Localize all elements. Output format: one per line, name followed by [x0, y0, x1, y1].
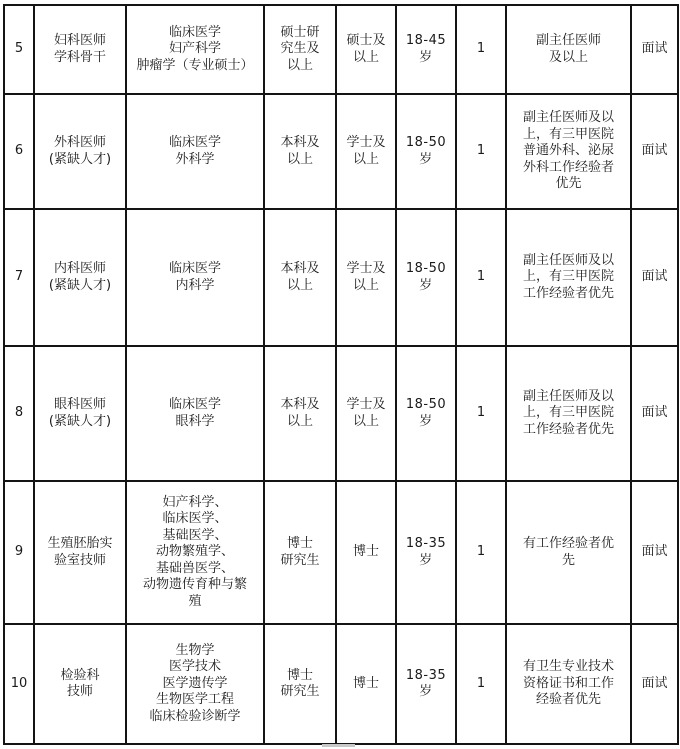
table-row: 8 眼科医师 (紧缺人才) 临床医学 眼科学 本科及 以上 学士及 以上 18-… — [4, 346, 678, 481]
cell-position: 眼科医师 (紧缺人才) — [34, 346, 126, 481]
cell-position: 生殖胚胎实 验室技师 — [34, 481, 126, 624]
cell-degree: 硕士及 以上 — [336, 5, 396, 94]
cell-exam-method: 面试 — [631, 94, 678, 209]
cell-education: 博士 研究生 — [264, 624, 336, 744]
cell-row-number: 6 — [4, 94, 34, 209]
cell-education: 博士 研究生 — [264, 481, 336, 624]
cell-degree: 博士 — [336, 624, 396, 744]
table-row: 7 内科医师 (紧缺人才) 临床医学 内科学 本科及 以上 学士及 以上 18-… — [4, 209, 678, 346]
cell-major: 生物学 医学技术 医学遗传学 生物医学工程 临床检验诊断学 — [126, 624, 264, 744]
cell-education: 本科及 以上 — [264, 209, 336, 346]
cell-row-number: 5 — [4, 5, 34, 94]
cell-position: 外科医师 (紧缺人才) — [34, 94, 126, 209]
table-row: 10 检验科 技师 生物学 医学技术 医学遗传学 生物医学工程 临床检验诊断学 … — [4, 624, 678, 744]
cell-row-number: 8 — [4, 346, 34, 481]
cell-education: 本科及 以上 — [264, 94, 336, 209]
cell-education: 本科及 以上 — [264, 346, 336, 481]
cell-exam-method: 面试 — [631, 209, 678, 346]
cell-headcount: 1 — [456, 209, 506, 346]
cell-position: 检验科 技师 — [34, 624, 126, 744]
cell-headcount: 1 — [456, 624, 506, 744]
cell-major: 临床医学 外科学 — [126, 94, 264, 209]
cell-requirement: 有卫生专业技术 资格证书和工作 经验者优先 — [506, 624, 631, 744]
cell-headcount: 1 — [456, 481, 506, 624]
cell-exam-method: 面试 — [631, 624, 678, 744]
cell-position: 内科医师 (紧缺人才) — [34, 209, 126, 346]
cell-requirement: 副主任医师及以 上，有三甲医院 工作经验者优先 — [506, 209, 631, 346]
cell-row-number: 7 — [4, 209, 34, 346]
cell-headcount: 1 — [456, 346, 506, 481]
cell-major: 临床医学 内科学 — [126, 209, 264, 346]
cell-age: 18-50 岁 — [396, 209, 456, 346]
cell-row-number: 10 — [4, 624, 34, 744]
cell-requirement: 有工作经验者优 先 — [506, 481, 631, 624]
table-row: 6 外科医师 (紧缺人才) 临床医学 外科学 本科及 以上 学士及 以上 18-… — [4, 94, 678, 209]
page: 5 妇科医师 学科骨干 临床医学 妇产科学 肿瘤学（专业硕士） 硕士研 究生及 … — [0, 0, 680, 749]
cell-requirement: 副主任医师 及以上 — [506, 5, 631, 94]
cell-headcount: 1 — [456, 94, 506, 209]
cell-exam-method: 面试 — [631, 5, 678, 94]
cell-major: 临床医学 妇产科学 肿瘤学（专业硕士） — [126, 5, 264, 94]
cell-education: 硕士研 究生及 以上 — [264, 5, 336, 94]
cell-age: 18-50 岁 — [396, 346, 456, 481]
cell-degree: 学士及 以上 — [336, 94, 396, 209]
cell-requirement: 副主任医师及以 上，有三甲医院 工作经验者优先 — [506, 346, 631, 481]
cell-degree: 学士及 以上 — [336, 346, 396, 481]
table-row: 9 生殖胚胎实 验室技师 妇产科学、 临床医学、 基础医学、 动物繁殖学、 基础… — [4, 481, 678, 624]
bottom-divider-fragment — [322, 744, 355, 747]
cell-headcount: 1 — [456, 5, 506, 94]
cell-exam-method: 面试 — [631, 346, 678, 481]
cell-age: 18-50 岁 — [396, 94, 456, 209]
cell-age: 18-35 岁 — [396, 624, 456, 744]
cell-exam-method: 面试 — [631, 481, 678, 624]
cell-major: 妇产科学、 临床医学、 基础医学、 动物繁殖学、 基础兽医学、 动物遗传育种与繁… — [126, 481, 264, 624]
table-row: 5 妇科医师 学科骨干 临床医学 妇产科学 肿瘤学（专业硕士） 硕士研 究生及 … — [4, 5, 678, 94]
cell-row-number: 9 — [4, 481, 34, 624]
cell-major: 临床医学 眼科学 — [126, 346, 264, 481]
table-body: 5 妇科医师 学科骨干 临床医学 妇产科学 肿瘤学（专业硕士） 硕士研 究生及 … — [4, 5, 678, 744]
cell-age: 18-35 岁 — [396, 481, 456, 624]
cell-age: 18-45 岁 — [396, 5, 456, 94]
cell-position: 妇科医师 学科骨干 — [34, 5, 126, 94]
job-positions-table: 5 妇科医师 学科骨干 临床医学 妇产科学 肿瘤学（专业硕士） 硕士研 究生及 … — [3, 4, 679, 745]
cell-requirement: 副主任医师及以 上，有三甲医院 普通外科、泌尿 外科工作经验者 优先 — [506, 94, 631, 209]
cell-degree: 博士 — [336, 481, 396, 624]
cell-degree: 学士及 以上 — [336, 209, 396, 346]
